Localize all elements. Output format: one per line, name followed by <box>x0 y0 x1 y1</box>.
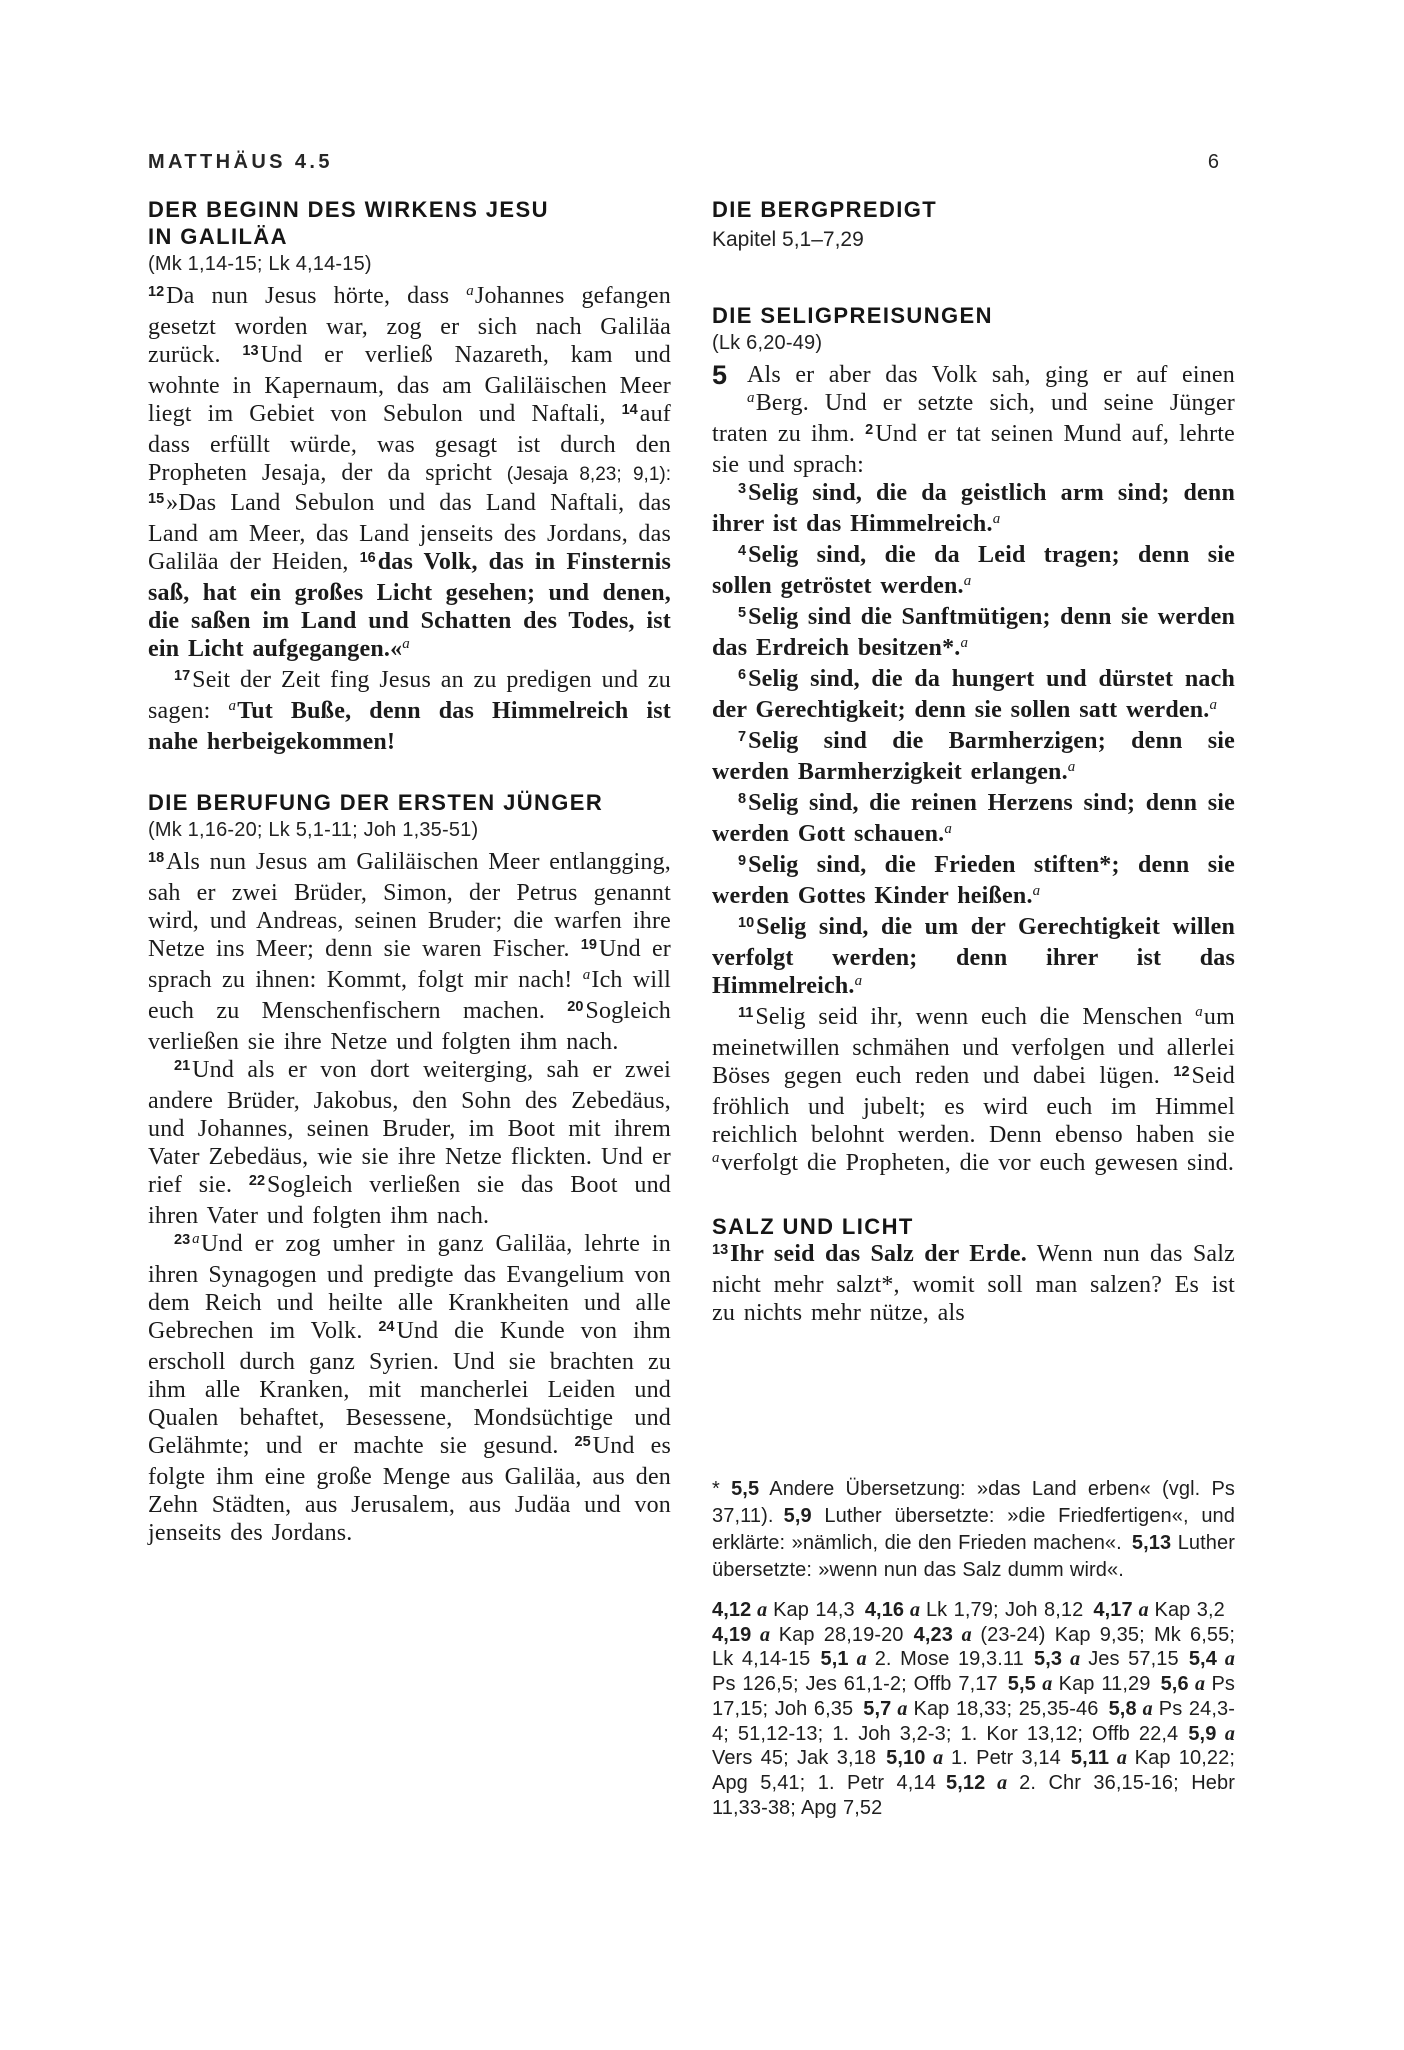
parallel-passages: (Mk 1,16-20; Lk 5,1-11; Joh 1,35-51) <box>148 817 671 843</box>
crossref-marker: a <box>1033 883 1042 899</box>
verse-number: 8 <box>738 791 748 807</box>
crossref-letter: a <box>1036 1673 1059 1695</box>
crossref-verse: 5,9 <box>1188 1723 1216 1745</box>
chapter-number: 5 <box>712 361 747 417</box>
section-salz-und-licht: SALZ UND LICHT 13Ihr seid das Salz der E… <box>712 1213 1235 1327</box>
crossref-marker: a <box>1195 1004 1204 1020</box>
footnote-verse-ref: 5,13 <box>1132 1532 1171 1554</box>
section-beginn-des-wirkens: DER BEGINN DES WIRKENS JESU IN GALILÄA (… <box>148 196 671 756</box>
part-heading-block: DIE BERGPREDIGT Kapitel 5,1–7,29 <box>712 196 1235 253</box>
verse-number: 9 <box>738 853 748 869</box>
verse-paragraph: 4Selig sind, die da Leid tragen; denn si… <box>712 541 1235 603</box>
crossref-targets: Kap 28,19-20 <box>779 1624 914 1646</box>
verse-text: Selig seid ihr, wenn euch die Menschen <box>755 1004 1195 1030</box>
crossref-marker: a <box>1068 759 1077 775</box>
verse-paragraph: 18Als nun Jesus am Galiläischen Meer ent… <box>148 848 671 1056</box>
translation-notes: * 5,5 Andere Übersetzung: »das Land erbe… <box>712 1476 1235 1584</box>
part-chapter-range: Kapitel 5,1–7,29 <box>712 227 1235 253</box>
verse-number: 3 <box>738 481 748 497</box>
running-head: MATTHÄUS 4.5 <box>148 152 671 172</box>
verse-number: 25 <box>575 1434 593 1450</box>
crossref-targets: Jes 57,15 <box>1088 1648 1189 1670</box>
inline-reference: (Jesaja 8,23; 9,1): <box>507 464 671 485</box>
crossref-marker: a <box>402 636 411 652</box>
verse-text: verfolgt die Propheten, die vor euch gew… <box>721 1150 1234 1176</box>
crossref-letter: a <box>1137 1698 1159 1720</box>
crossref-marker: a <box>712 1150 721 1166</box>
section-heading: DIE SELIGPREISUNGEN <box>712 302 1235 329</box>
verse-number: 18 <box>148 850 166 866</box>
verse-number: 15 <box>148 491 166 507</box>
verse-paragraph: 9Selig sind, die Frieden stiften*; denn … <box>712 851 1235 913</box>
verse-text: Da nun Jesus hörte, dass <box>166 283 466 309</box>
crossref-verse: 5,3 <box>1034 1648 1062 1670</box>
crossref-letter: a <box>925 1747 951 1769</box>
verse-paragraph: 3Selig sind, die da geistlich arm sind; … <box>712 479 1235 541</box>
verse-text-block: 5Als er aber das Volk sah, ging er auf e… <box>712 361 1235 1180</box>
left-column: MATTHÄUS 4.5 DER BEGINN DES WIRKENS JESU… <box>148 152 671 1547</box>
crossref-verse: 4,17 <box>1093 1599 1132 1621</box>
verse-paragraph: 17Seit der Zeit fing Jesus an zu predige… <box>148 666 671 756</box>
crossref-marker: a <box>747 390 756 406</box>
verse-text-block: 18Als nun Jesus am Galiläischen Meer ent… <box>148 848 671 1547</box>
crossref-targets: Kap 3,2 <box>1155 1599 1235 1621</box>
section-berufung-juenger: DIE BERUFUNG DER ERSTEN JÜNGER (Mk 1,16-… <box>148 789 671 1547</box>
crossref-letter: a <box>1109 1747 1135 1769</box>
footnotes-block: * 5,5 Andere Übersetzung: »das Land erbe… <box>712 1476 1235 1820</box>
verse-number: 12 <box>1173 1064 1191 1080</box>
bold-verse-text: Selig sind die Barmherzigen; denn sie we… <box>712 728 1235 785</box>
verse-number: 7 <box>738 729 748 745</box>
verse-paragraph: 6Selig sind, die da hungert und dürstet … <box>712 665 1235 727</box>
crossref-targets: Ps 126,5; Jes 61,1-2; Offb 7,17 <box>712 1673 1008 1695</box>
verse-number: 22 <box>249 1173 267 1189</box>
verse-number: 21 <box>174 1058 192 1074</box>
section-heading: SALZ UND LICHT <box>712 1213 1235 1240</box>
right-column: 6 DIE BERGPREDIGT Kapitel 5,1–7,29 DIE S… <box>712 152 1235 1327</box>
crossref-marker: a <box>229 698 238 714</box>
footnote-star: * <box>712 1478 731 1500</box>
crossref-verse: 5,7 <box>863 1698 891 1720</box>
crossref-targets: 1. Petr 3,14 <box>951 1747 1071 1769</box>
verse-number: 10 <box>738 915 756 931</box>
crossref-letter: a <box>849 1648 875 1670</box>
verse-number: 12 <box>148 284 166 300</box>
crossref-letter: a <box>1062 1648 1088 1670</box>
crossref-verse: 4,16 <box>865 1599 904 1621</box>
verse-number: 24 <box>378 1319 396 1335</box>
verse-number: 11 <box>738 1005 755 1021</box>
part-heading: DIE BERGPREDIGT <box>712 196 1235 223</box>
verse-paragraph: 23aUnd er zog umher in ganz Galiläa, leh… <box>148 1230 671 1547</box>
verse-paragraph: 12Da nun Jesus hörte, dass aJohannes gef… <box>148 282 671 666</box>
verse-text: Als er aber das Volk sah, ging er auf ei… <box>747 362 1235 388</box>
bold-verse-text: Selig sind die Sanftmütigen; denn sie we… <box>712 604 1235 661</box>
crossref-targets: Kap 14,3 <box>773 1599 865 1621</box>
verse-paragraph: 5Selig sind die Sanftmütigen; denn sie w… <box>712 603 1235 665</box>
crossref-marker: a <box>466 283 475 299</box>
crossref-verse: 5,6 <box>1161 1673 1189 1695</box>
footnote-verse-ref: 5,5 <box>731 1478 759 1500</box>
verse-text-block: 13Ihr seid das Salz der Erde. Wenn nun d… <box>712 1240 1235 1327</box>
verse-paragraph: 5Als er aber das Volk sah, ging er auf e… <box>712 361 1235 479</box>
crossref-marker: a <box>961 635 970 651</box>
crossref-targets: Vers 45; Jak 3,18 <box>712 1747 886 1769</box>
bold-verse-text: Selig sind, die reinen Herzens sind; den… <box>712 790 1235 847</box>
crossref-letter: a <box>1133 1599 1155 1621</box>
crossref-verse: 4,12 <box>712 1599 751 1621</box>
crossref-letter: a <box>953 1624 980 1646</box>
verse-paragraph: 8Selig sind, die reinen Herzens sind; de… <box>712 789 1235 851</box>
verse-paragraph: 7Selig sind die Barmherzigen; denn sie w… <box>712 727 1235 789</box>
verse-number: 16 <box>360 550 378 566</box>
crossref-targets: Lk 1,79; Joh 8,12 <box>926 1599 1093 1621</box>
verse-paragraph: 11Selig seid ihr, wenn euch die Menschen… <box>712 1003 1235 1180</box>
crossref-targets: Kap 11,29 <box>1059 1673 1161 1695</box>
section-seligpreisungen: DIE SELIGPREISUNGEN (Lk 6,20-49) 5Als er… <box>712 302 1235 1180</box>
bold-verse-text: Selig sind, die Frieden stiften*; denn s… <box>712 852 1235 909</box>
crossref-verse: 5,12 <box>946 1772 985 1794</box>
verse-paragraph: 10Selig sind, die um der Gerechtigkeit w… <box>712 913 1235 1003</box>
crossref-marker: a <box>944 821 953 837</box>
crossref-targets: Kap 18,33; 25,35-46 <box>914 1698 1109 1720</box>
verse-number: 13 <box>712 1242 730 1258</box>
verse-number: 13 <box>242 343 260 359</box>
crossref-verse: 4,23 <box>914 1624 953 1646</box>
crossref-verse: 5,10 <box>886 1747 925 1769</box>
bold-verse-text: Selig sind, die da hungert und dürstet n… <box>712 666 1235 723</box>
verse-number: 4 <box>738 543 748 559</box>
bold-verse-text: Selig sind, die um der Gerechtigkeit wil… <box>712 914 1235 999</box>
verse-text-block: 12Da nun Jesus hörte, dass aJohannes gef… <box>148 282 671 756</box>
crossref-marker: a <box>1209 697 1218 713</box>
verse-number: 20 <box>567 999 585 1015</box>
crossref-marker: a <box>583 967 592 983</box>
verse-number: 6 <box>738 667 748 683</box>
cross-references: 4,12 a Kap 14,3 4,16 a Lk 1,79; Joh 8,12… <box>712 1598 1235 1820</box>
crossref-verse: 5,1 <box>821 1648 849 1670</box>
crossref-targets: 2. Mose 19,3.11 <box>875 1648 1034 1670</box>
verse-number: 23 <box>174 1232 192 1248</box>
crossref-letter: a <box>751 1599 773 1621</box>
section-heading: DIE BERUFUNG DER ERSTEN JÜNGER <box>148 789 671 816</box>
verse-number: 14 <box>622 402 640 418</box>
crossref-letter: a <box>751 1624 778 1646</box>
crossref-verse: 5,11 <box>1071 1747 1109 1769</box>
crossref-letter: a <box>1217 1648 1235 1670</box>
bold-verse-text: Ihr seid das Salz der Erde. <box>730 1241 1027 1267</box>
verse-paragraph: 13Ihr seid das Salz der Erde. Wenn nun d… <box>712 1240 1235 1327</box>
crossref-letter: a <box>1216 1723 1235 1745</box>
crossref-marker: a <box>964 573 973 589</box>
crossref-marker: a <box>192 1231 201 1247</box>
crossref-letter: a <box>904 1599 926 1621</box>
bold-verse-text: Selig sind, die da Leid tragen; denn sie… <box>712 542 1235 599</box>
crossref-letter: a <box>985 1772 1019 1794</box>
verse-number: 2 <box>865 422 875 438</box>
page-number: 6 <box>712 152 1235 172</box>
crossref-verse: 5,4 <box>1189 1648 1217 1670</box>
verse-number: 5 <box>738 605 748 621</box>
verse-paragraph: 21Und als er von dort weiterging, sah er… <box>148 1056 671 1230</box>
section-heading: DER BEGINN DES WIRKENS JESU IN GALILÄA <box>148 196 671 250</box>
crossref-letter: a <box>891 1698 913 1720</box>
crossref-marker: a <box>993 511 1002 527</box>
crossref-verse: 4,19 <box>712 1624 751 1646</box>
crossref-letter: a <box>1189 1673 1212 1695</box>
parallel-passages: (Lk 6,20-49) <box>712 330 1235 356</box>
verse-number: 17 <box>174 668 192 684</box>
crossref-verse: 5,8 <box>1109 1698 1137 1720</box>
bible-page: MATTHÄUS 4.5 DER BEGINN DES WIRKENS JESU… <box>0 0 1404 2050</box>
footnote-verse-ref: 5,9 <box>784 1505 812 1527</box>
crossref-marker: a <box>855 973 864 989</box>
bold-verse-text: Selig sind, die da geistlich arm sind; d… <box>712 480 1235 537</box>
verse-number: 19 <box>581 937 599 953</box>
crossref-verse: 5,5 <box>1008 1673 1036 1695</box>
parallel-passages: (Mk 1,14-15; Lk 4,14-15) <box>148 251 671 277</box>
